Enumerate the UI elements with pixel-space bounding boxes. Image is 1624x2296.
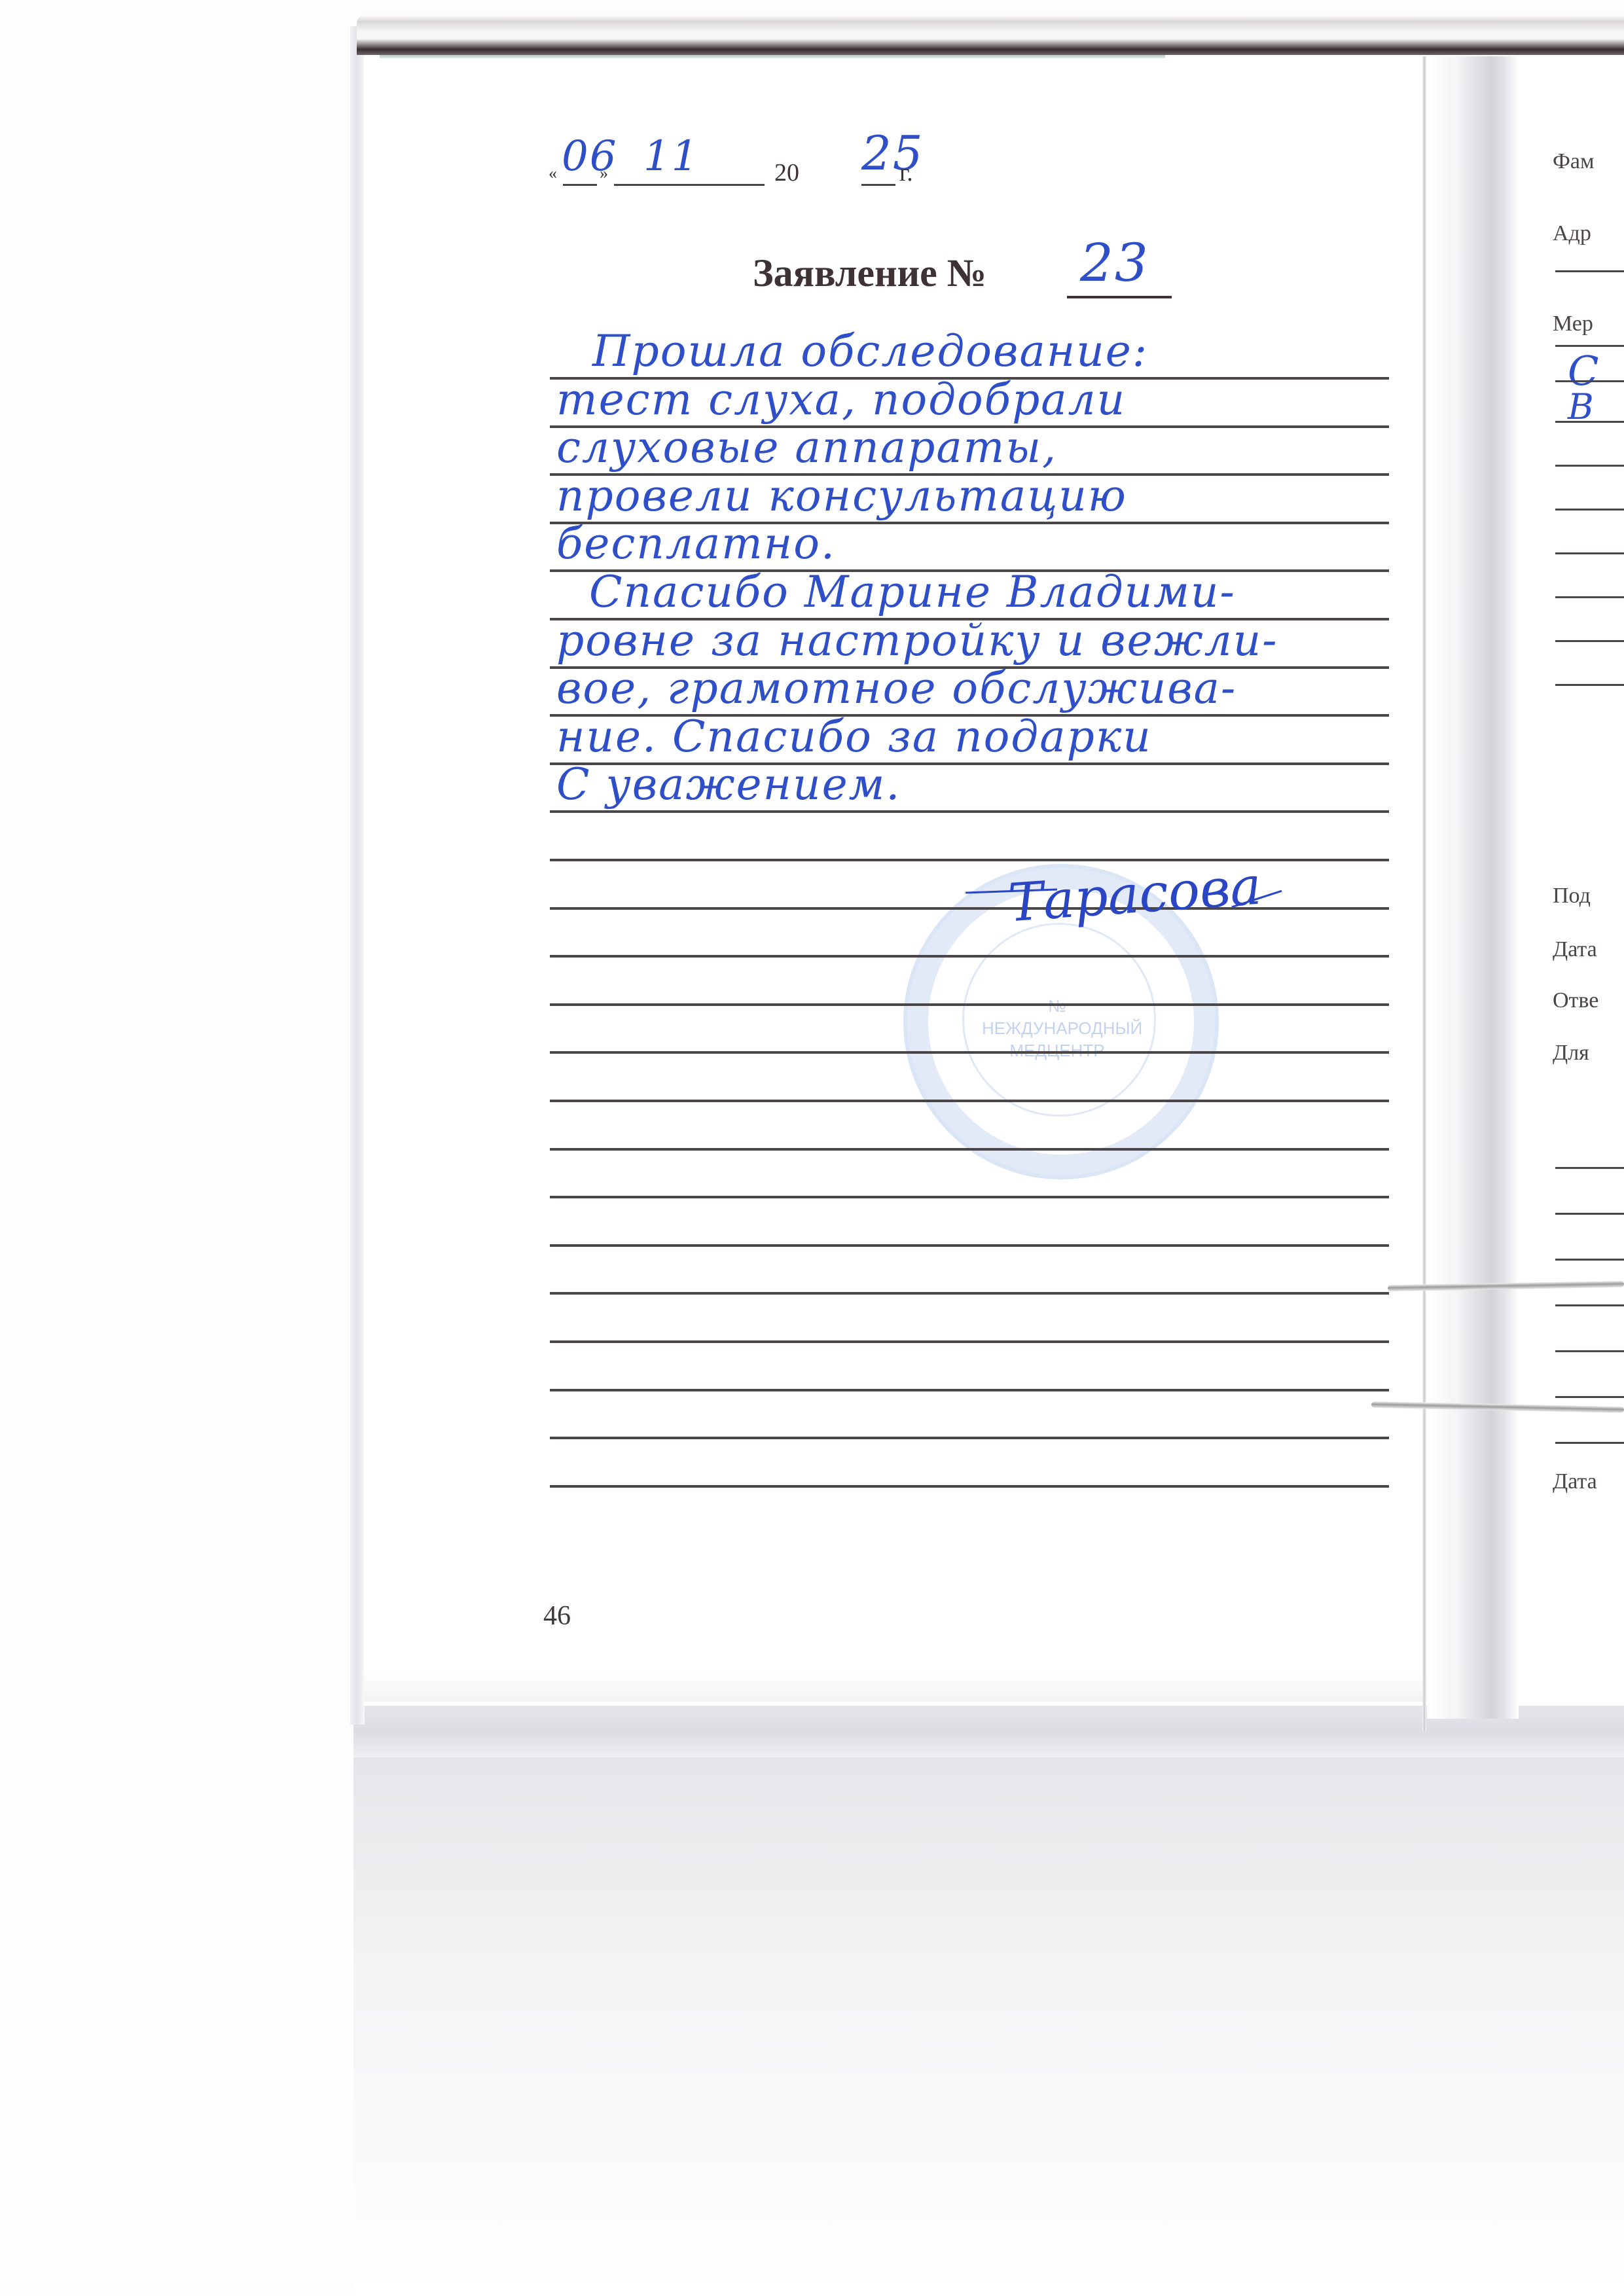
handwritten-month: 11 bbox=[643, 132, 699, 181]
scanner-bed bbox=[353, 1757, 1624, 2294]
right-page-rule bbox=[1555, 684, 1624, 686]
body-line: ровне за настройку и вежли- bbox=[556, 615, 1278, 666]
ruled-line bbox=[550, 810, 1389, 813]
ruled-line bbox=[550, 907, 1389, 910]
left-page-bottom-edge bbox=[364, 1672, 1477, 1702]
ruled-line bbox=[550, 955, 1389, 958]
body-line: слуховые аппараты, bbox=[556, 422, 1057, 473]
ruled-line bbox=[550, 1148, 1389, 1151]
title-label: Заявление № bbox=[753, 251, 986, 296]
right-page-rule bbox=[1555, 421, 1624, 423]
right-page-rule bbox=[1555, 1350, 1624, 1352]
right-page-label-signature: Под bbox=[1553, 884, 1624, 908]
book-cover-left-edge bbox=[350, 26, 365, 1725]
right-page-label-date-bottom: Дата bbox=[1553, 1469, 1624, 1494]
body-line: провели консультацию bbox=[556, 471, 1127, 521]
right-page-rule bbox=[1555, 270, 1624, 272]
ruled-line bbox=[550, 1196, 1389, 1198]
right-page-rule bbox=[1555, 1304, 1624, 1306]
right-page-rule bbox=[1555, 380, 1624, 382]
right-page-label-date: Дата bbox=[1553, 937, 1624, 962]
body-line: Прошла обследование: bbox=[592, 326, 1148, 376]
right-page-rule bbox=[1555, 509, 1624, 511]
century-prefix: 20 bbox=[774, 158, 799, 187]
right-page-rule bbox=[1555, 1259, 1624, 1261]
right-page-label-measures: Мер bbox=[1553, 312, 1624, 336]
quote-close: » bbox=[600, 164, 608, 183]
ruled-line bbox=[550, 1437, 1389, 1439]
ruled-line bbox=[550, 1003, 1389, 1006]
quote-open: « bbox=[549, 164, 557, 183]
right-page-rule bbox=[1555, 1442, 1624, 1444]
right-page-rule bbox=[1555, 640, 1624, 642]
right-page-label-surname: Фам bbox=[1553, 149, 1624, 174]
date-header: « 06 » 11 20 25 г. bbox=[549, 131, 967, 190]
right-page-rule bbox=[1555, 1213, 1624, 1215]
right-page-rule bbox=[1555, 465, 1624, 467]
handwritten-statement-number: 23 bbox=[1080, 232, 1149, 293]
year-suffix: г. bbox=[899, 158, 913, 187]
body-line: бесплатно. bbox=[556, 518, 836, 569]
right-page-rule bbox=[1555, 1167, 1624, 1169]
right-page-label-for: Для bbox=[1553, 1041, 1624, 1066]
month-underline bbox=[614, 184, 765, 186]
ruled-line bbox=[550, 1485, 1389, 1488]
book-cover-top-edge bbox=[357, 14, 1624, 55]
right-page-rule bbox=[1555, 596, 1624, 598]
book-gutter bbox=[1427, 56, 1519, 1719]
ruled-line bbox=[550, 1292, 1389, 1295]
ruled-line bbox=[550, 1340, 1389, 1343]
title-number-underline bbox=[1067, 296, 1172, 298]
statement-title: Заявление № 23 bbox=[753, 236, 1211, 308]
body-line: С уважением. bbox=[556, 759, 901, 810]
body-line: вое, грамотное обслужива- bbox=[556, 663, 1236, 713]
body-line: Спасибо Марине Владими- bbox=[589, 567, 1236, 617]
spine-crease bbox=[1422, 56, 1426, 1732]
handwritten-year: 25 bbox=[861, 126, 924, 181]
ruled-line bbox=[550, 1389, 1389, 1391]
page-top-edge bbox=[380, 55, 1165, 58]
body-line: тест слуха, подобрали bbox=[556, 374, 1126, 425]
handwritten-day: 06 bbox=[562, 132, 617, 181]
right-page bbox=[1519, 56, 1624, 1706]
right-page-rule bbox=[1555, 1396, 1624, 1398]
right-page-label-responsible: Отве bbox=[1553, 988, 1624, 1013]
right-page-label-address: Адр bbox=[1553, 221, 1624, 246]
right-page-rule bbox=[1555, 552, 1624, 554]
page-number: 46 bbox=[543, 1600, 571, 1632]
year-underline bbox=[861, 184, 895, 186]
day-underline bbox=[563, 184, 597, 186]
ruled-line bbox=[550, 859, 1389, 861]
ruled-line bbox=[550, 1051, 1389, 1054]
body-line: ние. Спасибо за подарки bbox=[556, 711, 1152, 762]
ruled-line bbox=[550, 1244, 1389, 1247]
ruled-line bbox=[550, 1100, 1389, 1102]
